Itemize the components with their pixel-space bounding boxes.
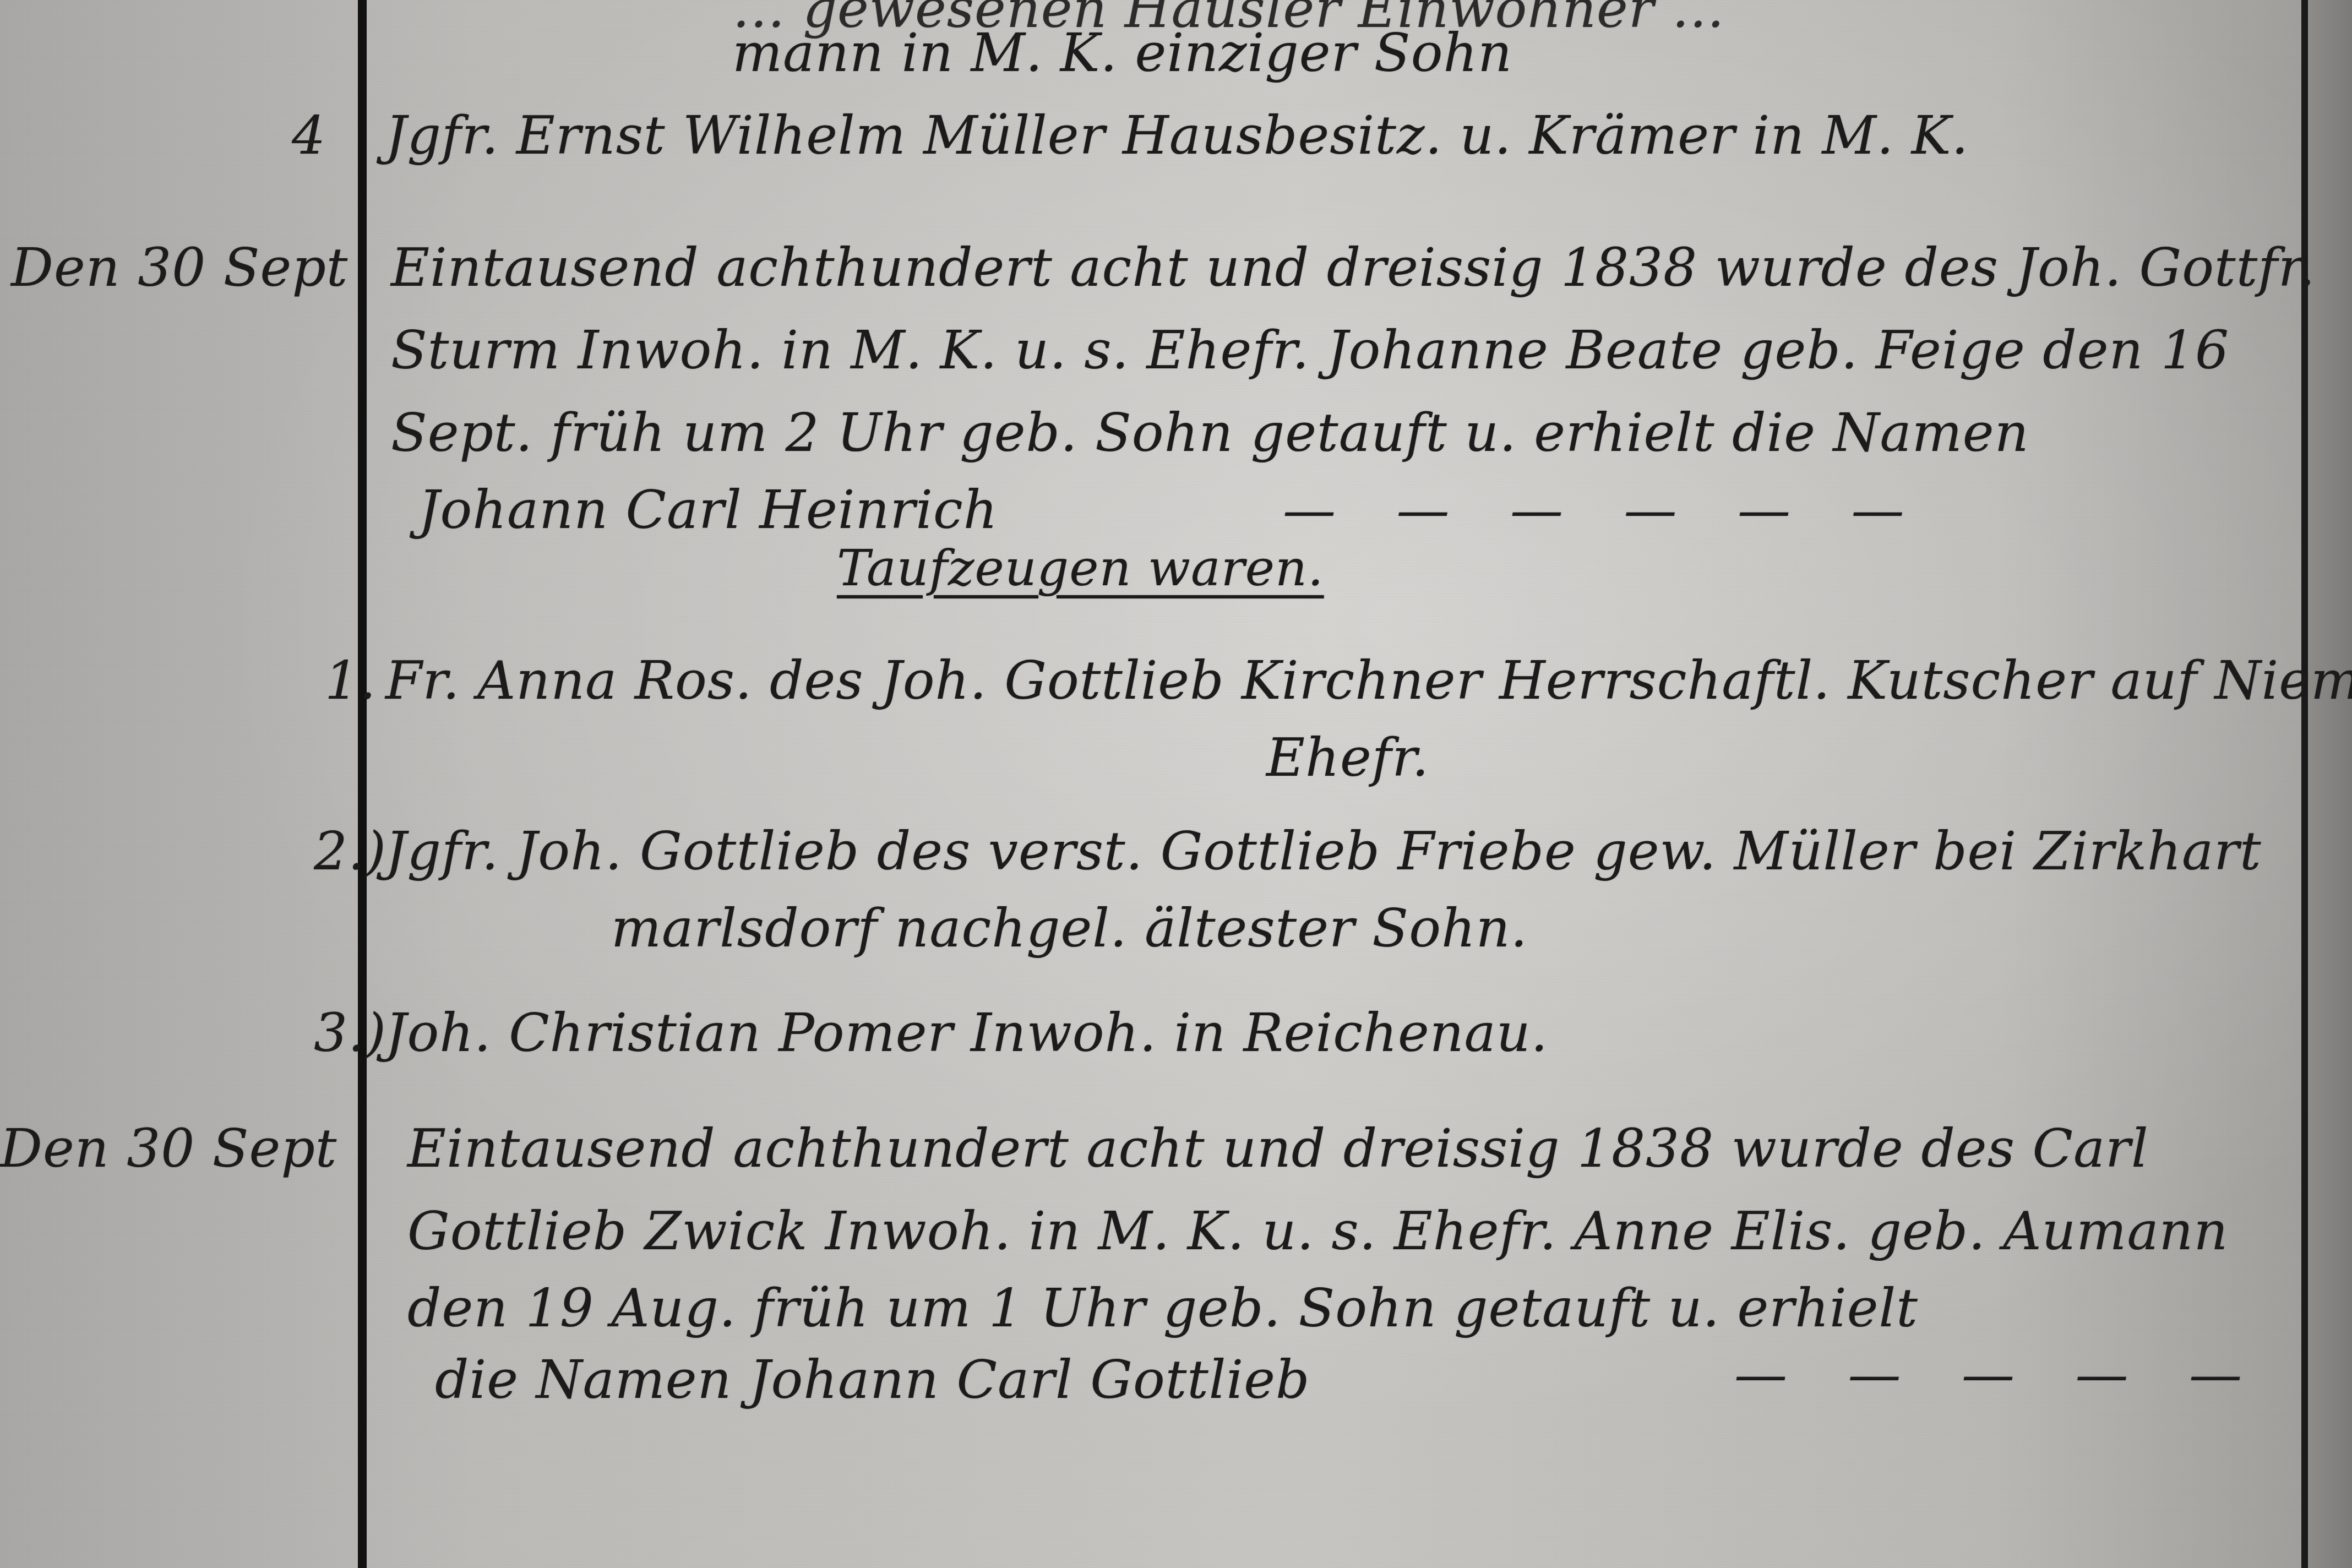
date-column-rule: [358, 0, 367, 1568]
right-margin: [2308, 0, 2352, 1568]
entry1-sponsor1-continuation: Ehefr.: [1266, 727, 1429, 788]
register-page: … gewesenen Häusler Einwohner … mann in …: [0, 0, 2352, 1568]
entry1-sponsor2-continuation: marlsdorf nachgel. ältester Sohn.: [611, 897, 1528, 959]
entry1-sponsor1-text: Fr. Anna Ros. des Joh. Gottlieb Kirchner…: [385, 650, 2352, 711]
entry1-dashes: — — — — — —: [1283, 479, 1926, 541]
prev-sponsor-number: 4: [292, 105, 326, 166]
right-column-rule: [2301, 0, 2308, 1568]
entry1-sponsor2-number: 2.): [314, 820, 386, 882]
entry1-sponsor1-number: 1.: [325, 650, 377, 711]
entry1-line2: Sturm Inwoh. in M. K. u. s. Ehefr. Johan…: [391, 319, 2229, 381]
entry2-dashes: — — — — —: [1734, 1343, 2264, 1405]
entry2-line2: Gottlieb Zwick Inwoh. in M. K. u. s. Ehe…: [407, 1200, 2228, 1262]
entry1-sponsor3-text: Joh. Christian Pomer Inwoh. in Reichenau…: [385, 1002, 1548, 1064]
entry1-sponsors-heading: Taufzeugen waren.: [837, 540, 1324, 597]
entry2-line1: Eintausend achthundert acht und dreissig…: [407, 1118, 2149, 1179]
top-fragment-line2: mann in M. K. einziger Sohn: [732, 22, 1512, 84]
entry1-line1: Eintausend achthundert acht und dreissig…: [391, 237, 2316, 298]
entry1-child-name: Johann Carl Heinrich: [418, 479, 998, 541]
entry1-line3: Sept. früh um 2 Uhr geb. Sohn getauft u.…: [391, 402, 2029, 464]
entry2-date: Den 30 Sept: [0, 1118, 337, 1179]
entry1-sponsor2-text: Jgfr. Joh. Gottlieb des verst. Gottlieb …: [385, 820, 2262, 882]
prev-sponsor-text: Jgfr. Ernst Wilhelm Müller Hausbesitz. u…: [385, 105, 1969, 166]
entry1-date: Den 30 Sept: [11, 237, 348, 298]
entry1-sponsor3-number: 3.): [314, 1002, 386, 1064]
entry2-line4: die Namen Johann Carl Gottlieb: [435, 1349, 1310, 1411]
entry2-line3: den 19 Aug. früh um 1 Uhr geb. Sohn geta…: [407, 1277, 1918, 1339]
